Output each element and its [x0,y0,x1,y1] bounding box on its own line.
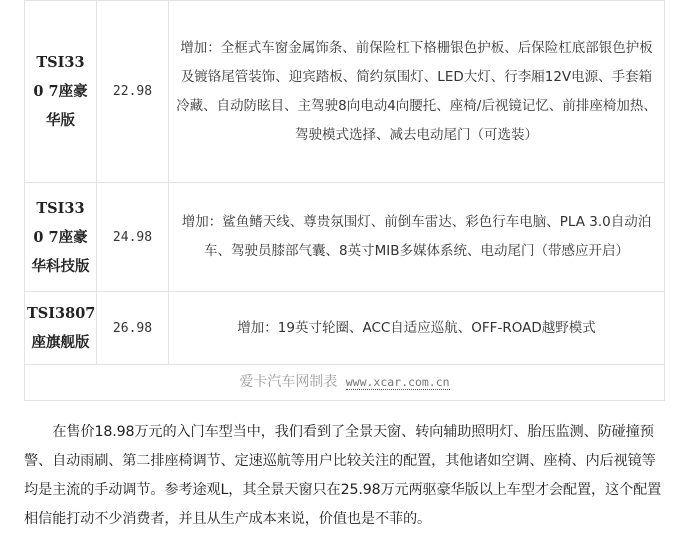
model-name-line: 华科技版 [27,252,94,281]
article-paragraph: 在售价18.98万元的入门车型当中，我们看到了全景天窗、转向辅助照明灯、胎压监测… [24,418,664,534]
spec-table: TSI33 0 7座豪 华版 22.98 增加：全框式车窗金属饰条、前保险杠下格… [24,0,665,401]
price-cell: 22.98 [97,1,169,183]
table-footer-cell: 爱卡汽车网制表 www.xcar.com.cn [25,365,665,401]
model-name-cell: TSI33 0 7座豪 华科技版 [25,183,97,292]
features-cell: 增加：19英寸轮圈、ACC自适应巡航、OFF-ROAD越野模式 [169,292,665,365]
features-cell: 增加：鲨鱼鳍天线、尊贵氛围灯、前倒车雷达、彩色行车电脑、PLA 3.0自动泊车、… [169,183,665,292]
model-name-line: 0 7座豪 [27,77,94,106]
model-name-line: 0 7座豪 [27,223,94,252]
model-name-cell: TSI3807 座旗舰版 [25,292,97,365]
source-link[interactable]: www.xcar.com.cn [346,375,450,390]
table-footer-row: 爱卡汽车网制表 www.xcar.com.cn [25,365,665,401]
price-cell: 26.98 [97,292,169,365]
model-name-line: 华版 [27,106,94,135]
price-cell: 24.98 [97,183,169,292]
table-source-label: 爱卡汽车网制表 [239,374,337,390]
table-row: TSI3807 座旗舰版 26.98 增加：19英寸轮圈、ACC自适应巡航、OF… [25,292,665,365]
model-name-line: 座旗舰版 [27,328,94,357]
model-name-line: TSI33 [27,194,94,223]
table-row: TSI33 0 7座豪 华版 22.98 增加：全框式车窗金属饰条、前保险杠下格… [25,1,665,183]
model-name-cell: TSI33 0 7座豪 华版 [25,1,97,183]
table-row: TSI33 0 7座豪 华科技版 24.98 增加：鲨鱼鳍天线、尊贵氛围灯、前倒… [25,183,665,292]
features-cell: 增加：全框式车窗金属饰条、前保险杠下格栅银色护板、后保险杠底部银色护板及镀铬尾管… [169,1,665,183]
model-name-line: TSI3807 [27,299,94,328]
model-name-line: TSI33 [27,48,94,77]
